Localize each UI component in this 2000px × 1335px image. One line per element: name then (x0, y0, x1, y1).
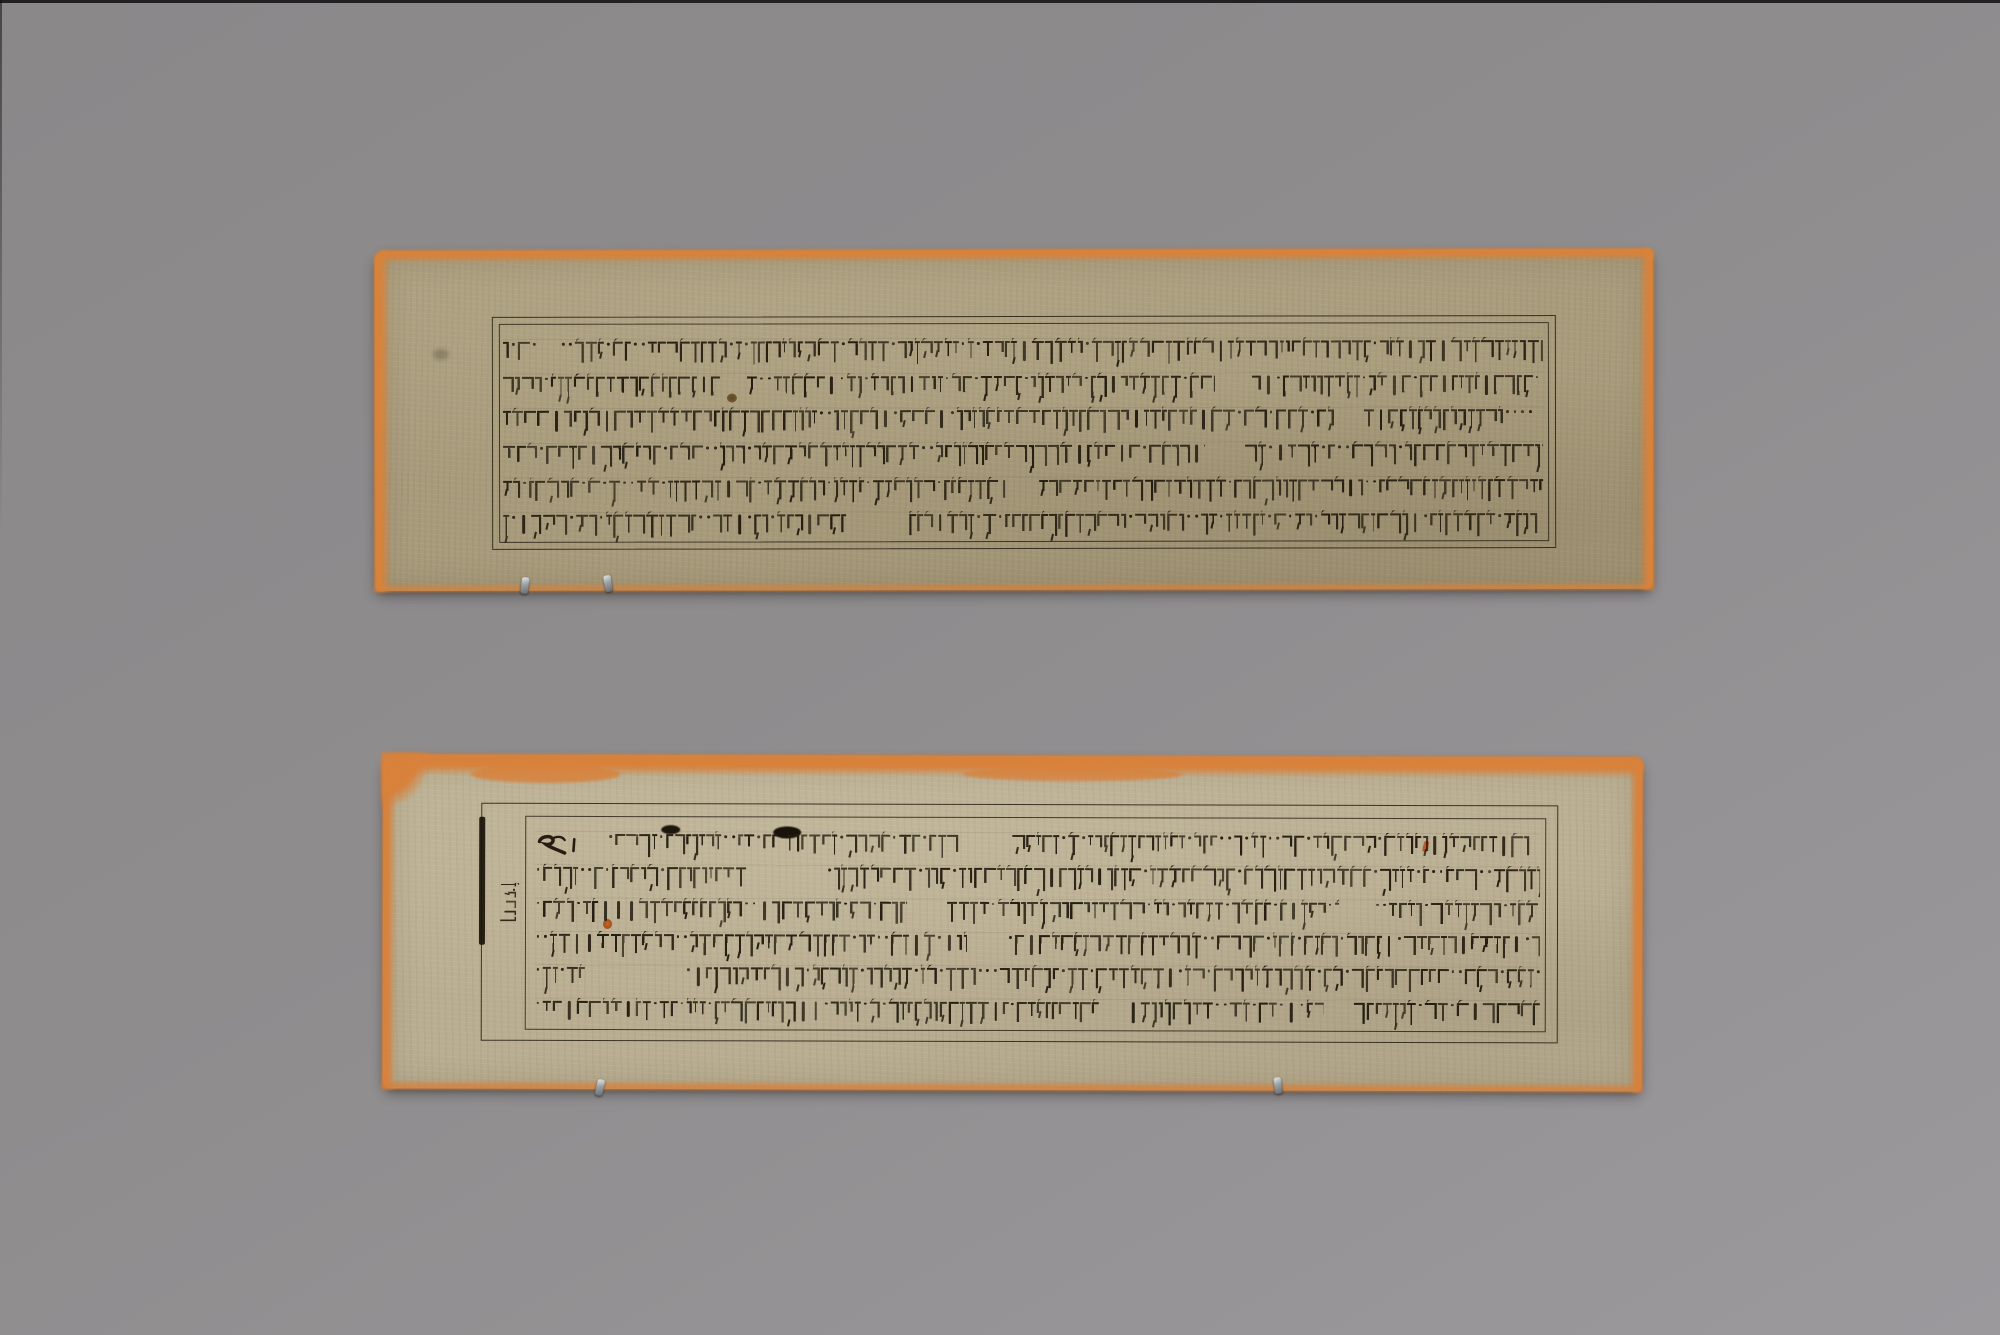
glyph-mark (555, 411, 558, 431)
glyph-mark (1182, 869, 1190, 883)
glyph-mark (1523, 513, 1528, 529)
glyph-mark (1383, 1003, 1392, 1013)
glyph-mark (1363, 869, 1371, 887)
glyph-mark (909, 515, 916, 536)
glyph-mark (948, 514, 958, 533)
glyph-mark (715, 480, 722, 501)
glyph-mark (1141, 935, 1147, 955)
glyph-mark (1062, 902, 1069, 918)
glyph-mark (828, 412, 831, 415)
glyph-mark (1231, 936, 1242, 950)
glyph-mark (917, 515, 923, 532)
glyph-mark (1230, 1002, 1242, 1017)
text-segment (1039, 476, 1543, 512)
glyph-mark (831, 1001, 839, 1014)
glyph-mark (1243, 1002, 1250, 1021)
glyph-mark (1235, 969, 1244, 991)
glyph-mark (909, 445, 920, 459)
glyph-mark (1192, 869, 1203, 882)
glyph-mark (646, 515, 658, 538)
glyph-mark (1003, 1002, 1008, 1014)
glyph-mark (1455, 903, 1462, 917)
glyph-mark (537, 868, 540, 871)
glyph-mark (783, 411, 792, 431)
glyph-mark (1243, 936, 1252, 958)
glyph-mark (1390, 340, 1395, 355)
glyph-mark (1423, 836, 1428, 851)
glyph-mark (1110, 902, 1119, 921)
glyph-mark (975, 377, 978, 380)
glyph-mark (663, 934, 673, 950)
glyph-mark (813, 934, 823, 956)
glyph-mark (1286, 341, 1291, 352)
glyph-mark (951, 411, 954, 414)
glyph-mark (1204, 445, 1205, 466)
glyph-mark (1302, 340, 1311, 355)
glyph-mark (1245, 445, 1258, 462)
glyph-mark (503, 481, 512, 492)
glyph-mark (831, 341, 839, 362)
glyph-mark (986, 410, 995, 424)
glyph-mark (1459, 375, 1464, 388)
glyph-mark (1210, 835, 1218, 845)
glyph-mark (816, 901, 828, 916)
glyph-mark (589, 515, 597, 536)
glyph-mark (1349, 479, 1352, 496)
glyph-mark (1038, 376, 1044, 399)
glyph-mark (1371, 514, 1376, 531)
glyph-mark (1346, 936, 1356, 955)
glyph-mark (1084, 902, 1090, 912)
glyph-mark (951, 480, 956, 494)
glyph-mark (627, 1001, 630, 1018)
glyph-mark (1108, 410, 1120, 430)
text-line (503, 441, 1543, 477)
glyph-mark (785, 445, 797, 459)
glyph-mark (610, 480, 621, 501)
glyph-mark (1144, 870, 1147, 873)
glyph-mark (921, 341, 933, 353)
glyph-mark (709, 901, 717, 917)
glyph-mark (1021, 902, 1026, 924)
glyph-mark (758, 341, 764, 362)
glyph-mark (598, 342, 604, 354)
glyph-mark (1430, 375, 1438, 391)
glyph-mark (902, 968, 912, 984)
glyph-mark (1478, 514, 1486, 537)
glyph-mark (531, 515, 542, 534)
glyph-mark (957, 968, 969, 988)
glyph-mark (959, 868, 967, 887)
glyph-mark (611, 1001, 622, 1012)
glyph-mark (884, 411, 887, 428)
glyph-mark (1409, 410, 1417, 430)
glyph-mark (1445, 903, 1454, 915)
glyph-mark (1270, 411, 1273, 414)
glyph-mark (881, 376, 890, 390)
glyph-mark (1375, 444, 1388, 457)
glyph-mark (1526, 903, 1538, 918)
glyph-mark (609, 835, 612, 838)
glyph-mark (1140, 375, 1149, 389)
glyph-mark (959, 514, 967, 530)
glyph-mark (1255, 869, 1263, 889)
text-segment (535, 931, 967, 965)
glyph-mark (569, 343, 572, 346)
glyph-mark (624, 342, 631, 361)
glyph-mark (692, 834, 697, 855)
glyph-mark (1154, 902, 1162, 914)
glyph-mark (1373, 341, 1376, 344)
glyph-mark (1438, 1003, 1448, 1022)
glyph-mark (741, 411, 749, 432)
glyph-mark (522, 515, 525, 534)
glyph-mark (1276, 479, 1282, 495)
glyph-mark (1289, 515, 1292, 518)
glyph-mark (1494, 870, 1505, 883)
glyph-mark (922, 446, 925, 449)
glyph-mark (1516, 513, 1522, 536)
glyph-mark (938, 481, 941, 484)
glyph-mark (547, 480, 559, 498)
glyph-mark (849, 968, 858, 988)
glyph-mark (1368, 375, 1375, 391)
glyph-mark (1379, 479, 1385, 492)
mounting-pin (520, 577, 530, 595)
glyph-mark (994, 969, 997, 972)
glyph-mark (563, 867, 572, 889)
mounting-pin (1273, 1077, 1283, 1095)
glyph-mark (1185, 969, 1191, 985)
glyph-mark (514, 481, 521, 498)
glyph-mark (900, 901, 905, 922)
glyph-mark (968, 445, 978, 464)
glyph-mark (834, 868, 840, 889)
glyph-mark (891, 376, 897, 395)
glyph-mark (968, 868, 973, 883)
glyph-mark (1494, 479, 1505, 498)
glyph-mark (1031, 341, 1043, 360)
text-segment (503, 339, 539, 374)
glyph-mark (1439, 514, 1444, 533)
glyph-mark (1288, 445, 1296, 458)
glyph-mark (631, 934, 641, 953)
glyph-mark (849, 480, 857, 503)
glyph-mark (1133, 902, 1144, 913)
glyph-mark (1086, 514, 1096, 531)
glyph-mark (650, 901, 660, 924)
text-segment (503, 477, 1005, 513)
glyph-mark (903, 935, 909, 955)
glyph-mark (1506, 410, 1509, 413)
glyph-mark (834, 411, 840, 431)
glyph-mark (1443, 375, 1446, 392)
glyph-mark (1436, 444, 1445, 460)
glyph-mark (1245, 837, 1248, 840)
glyph-mark (1244, 410, 1254, 425)
glyph-mark (706, 968, 712, 978)
glyph-mark (944, 341, 951, 356)
glyph-mark (1468, 410, 1475, 429)
glyph-mark (1274, 903, 1277, 906)
glyph-mark (1052, 935, 1060, 949)
glyph-mark (1517, 375, 1523, 396)
glyph-mark (503, 377, 514, 392)
glyph-mark (979, 445, 984, 465)
glyph-mark (1059, 868, 1067, 886)
glyph-mark (1317, 410, 1326, 427)
glyph-mark (1328, 410, 1335, 426)
glyph-mark (1451, 1004, 1454, 1007)
glyph-mark (994, 341, 1003, 352)
glyph-mark (660, 1001, 669, 1018)
glyph-mark (1367, 1003, 1375, 1020)
glyph-mark (1094, 445, 1104, 459)
glyph-mark (579, 446, 587, 460)
text-line (535, 831, 1540, 867)
text-block (503, 337, 1543, 547)
glyph-mark (805, 901, 815, 918)
glyph-mark (1388, 410, 1398, 424)
glyph-mark (1090, 970, 1093, 973)
glyph-mark (1318, 902, 1326, 912)
glyph-mark (1419, 1004, 1422, 1007)
glyph-mark (1486, 410, 1497, 422)
glyph-mark (783, 376, 790, 393)
glyph-mark (908, 341, 913, 351)
glyph-mark (1121, 410, 1129, 420)
glyph-mark (536, 481, 546, 501)
glyph-mark (910, 376, 913, 393)
glyph-mark (1023, 341, 1026, 361)
glyph-mark (1115, 341, 1121, 362)
glyph-mark (840, 480, 848, 496)
text-block (535, 831, 1540, 1033)
glyph-mark (1184, 376, 1187, 379)
glyph-mark (1474, 1003, 1477, 1020)
glyph-mark (1364, 410, 1374, 427)
glyph-mark (1173, 341, 1185, 361)
glyph-mark (1253, 936, 1264, 953)
glyph-mark (1346, 375, 1353, 393)
glyph-mark (1441, 936, 1447, 955)
glyph-mark (1521, 410, 1524, 413)
glyph-mark (1415, 836, 1422, 848)
glyph-mark (1050, 514, 1057, 536)
glyph-mark (606, 868, 609, 871)
glyph-mark (871, 868, 879, 881)
glyph-mark (1527, 870, 1535, 890)
glyph-mark (553, 901, 565, 914)
glyph-mark (1507, 479, 1518, 499)
glyph-mark (508, 892, 516, 898)
text-segment (1128, 999, 1324, 1033)
glyph-mark (964, 410, 971, 421)
glyph-mark (1339, 514, 1346, 528)
glyph-mark (1269, 446, 1272, 449)
glyph-mark (711, 376, 719, 396)
glyph-mark (748, 446, 751, 449)
glyph-mark (726, 446, 734, 462)
glyph-mark (1084, 480, 1095, 493)
glyph-mark (893, 968, 901, 985)
glyph-mark (658, 411, 669, 423)
glyph-mark (1431, 903, 1443, 924)
glyph-mark (744, 1001, 755, 1024)
text-segment (535, 897, 907, 931)
glyph-mark (1269, 341, 1279, 359)
glyph-mark (1160, 514, 1166, 530)
glyph-mark (1329, 903, 1332, 906)
glyph-mark (1168, 410, 1177, 431)
glyph-mark (669, 376, 677, 398)
glyph-mark (1073, 1002, 1079, 1020)
glyph-mark (820, 445, 832, 466)
glyph-mark (1215, 902, 1223, 920)
glyph-mark (881, 868, 892, 878)
glyph-mark (725, 934, 734, 956)
glyph-mark (766, 341, 772, 362)
glyph-mark (1053, 968, 1059, 979)
glyph-mark (1416, 903, 1422, 926)
glyph-mark (1179, 514, 1185, 531)
glyph-mark (1105, 445, 1115, 456)
glyph-mark (1054, 341, 1066, 362)
glyph-mark (636, 1001, 641, 1017)
glyph-mark (984, 868, 996, 883)
glyph-mark (885, 936, 888, 939)
text-segment (909, 510, 1543, 546)
glyph-mark (1045, 341, 1053, 364)
glyph-mark (1494, 936, 1501, 953)
glyph-mark (589, 1001, 601, 1017)
glyph-mark (1352, 969, 1364, 988)
glyph-mark (786, 968, 789, 986)
glyph-mark (1344, 836, 1352, 851)
glyph-mark (939, 514, 942, 531)
glyph-mark (924, 836, 927, 839)
glyph-mark (512, 516, 515, 519)
glyph-mark (1473, 836, 1480, 850)
glyph-mark (1235, 479, 1243, 497)
glyph-mark (1036, 835, 1041, 845)
glyph-mark (1244, 479, 1252, 499)
glyph-mark (1446, 869, 1455, 882)
glyph-mark (1086, 342, 1089, 345)
glyph-mark (892, 342, 895, 345)
glyph-mark (1510, 903, 1517, 916)
glyph-mark (828, 481, 831, 484)
glyph-mark (1251, 836, 1258, 848)
glyph-mark (746, 934, 753, 956)
glyph-mark (1451, 970, 1454, 973)
glyph-mark (1432, 479, 1438, 498)
glyph-mark (1306, 1002, 1313, 1013)
glyph-mark (1059, 1002, 1071, 1015)
glyph-mark (1331, 340, 1341, 358)
glyph-mark (1062, 410, 1067, 430)
glyph-mark (544, 935, 547, 938)
glyph-mark (1311, 411, 1314, 414)
glyph-mark (1278, 869, 1283, 890)
glyph-mark (1180, 835, 1185, 848)
glyph-mark (1100, 410, 1106, 432)
glyph-mark (518, 342, 530, 360)
text-segment (1007, 932, 1540, 967)
glyph-mark (1030, 935, 1033, 955)
glyph-mark (970, 968, 975, 985)
glyph-mark (825, 1002, 828, 1005)
glyph-mark (700, 1001, 706, 1015)
glyph-mark (596, 376, 605, 396)
glyph-mark (687, 969, 690, 972)
glyph-mark (524, 482, 527, 485)
glyph-mark (1472, 340, 1480, 362)
glyph-mark (997, 868, 1005, 880)
glyph-mark (687, 868, 692, 882)
glyph-mark (1015, 935, 1024, 956)
glyph-mark (1443, 836, 1448, 853)
text-segment (535, 997, 1103, 1032)
glyph-mark (1120, 902, 1132, 919)
glyph-mark (1477, 969, 1487, 986)
glyph-mark (503, 515, 509, 537)
glyph-mark (612, 867, 619, 887)
glyph-mark (1400, 1003, 1406, 1014)
glyph-mark (771, 516, 774, 519)
glyph-mark (1195, 515, 1198, 518)
glyph-mark (606, 515, 612, 525)
glyph-mark (809, 835, 821, 854)
glyph-mark (885, 480, 892, 493)
glyph-mark (1350, 869, 1362, 886)
glyph-mark (630, 867, 639, 882)
glyph-mark (1487, 444, 1499, 456)
glyph-mark (719, 342, 728, 358)
glyph-mark (1317, 375, 1322, 394)
glyph-mark (1163, 445, 1172, 465)
glyph-mark (1132, 1002, 1135, 1023)
glyph-mark (702, 868, 708, 884)
glyph-mark (1528, 340, 1540, 363)
glyph-mark (1029, 445, 1034, 468)
glyph-mark (940, 969, 943, 972)
glyph-mark (1217, 479, 1226, 496)
glyph-mark (1163, 835, 1169, 849)
glyph-mark (1011, 1003, 1014, 1006)
glyph-mark (966, 1002, 977, 1024)
glyph-mark (1226, 903, 1229, 906)
glyph-mark (781, 835, 784, 838)
glyph-mark (931, 868, 938, 884)
glyph-mark (1050, 868, 1053, 887)
glyph-mark (1537, 870, 1540, 893)
glyph-mark (713, 934, 723, 948)
text-segment (826, 865, 1540, 900)
glyph-mark (1462, 936, 1465, 954)
glyph-mark (1099, 869, 1102, 886)
glyph-mark (1121, 375, 1128, 386)
glyph-mark (1514, 410, 1517, 413)
glyph-mark (1519, 870, 1526, 892)
glyph-mark (915, 935, 918, 956)
glyph-mark (1447, 444, 1457, 464)
glyph-mark (1201, 514, 1208, 535)
glyph-mark (1333, 969, 1344, 986)
glyph-mark (1527, 970, 1534, 988)
glyph-mark (874, 968, 883, 987)
glyph-mark (1417, 870, 1420, 873)
